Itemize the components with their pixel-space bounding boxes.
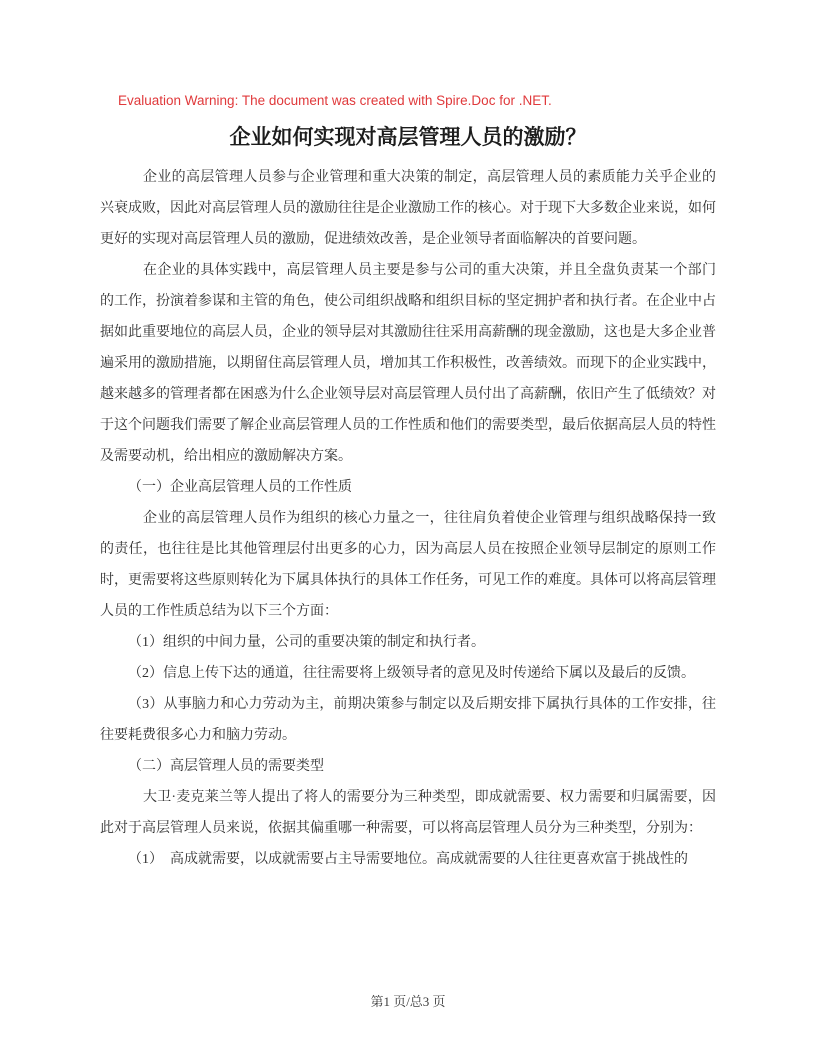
- list-item-3: （3）从事脑力和心力劳动为主，前期决策参与制定以及后期安排下属执行具体的工作安排…: [100, 689, 716, 751]
- page-number: 第1 页/总3 页: [0, 994, 816, 1010]
- paragraph-intro: 企业的高层管理人员参与企业管理和重大决策的制定，高层管理人员的素质能力关乎企业的…: [100, 162, 716, 255]
- paragraph-practice: 在企业的具体实践中，高层管理人员主要是参与公司的重大决策，并且全盘负责某一个部门…: [100, 255, 716, 472]
- page-content: Evaluation Warning: The document was cre…: [100, 0, 716, 875]
- document-page: Evaluation Warning: The document was cre…: [0, 0, 816, 1056]
- list-item-high-achievement: （1） 高成就需要，以成就需要占主导需要地位。高成就需要的人往往更喜欢富于挑战性…: [100, 844, 716, 875]
- section-heading-work-nature: （一）企业高层管理人员的工作性质: [100, 472, 716, 503]
- list-item-1: （1）组织的中间力量，公司的重要决策的制定和执行者。: [100, 627, 716, 658]
- list-item-2: （2）信息上传下达的通道，往往需要将上级领导者的意见及时传递给下属以及最后的反馈…: [100, 658, 716, 689]
- document-title: 企业如何实现对高层管理人员的激励？: [100, 123, 716, 151]
- section-heading-needs-types: （二）高层管理人员的需要类型: [100, 751, 716, 782]
- document-body: 企业的高层管理人员参与企业管理和重大决策的制定，高层管理人员的素质能力关乎企业的…: [100, 162, 716, 875]
- evaluation-warning: Evaluation Warning: The document was cre…: [100, 92, 716, 109]
- paragraph-work-nature: 企业的高层管理人员作为组织的核心力量之一，往往肩负着使企业管理与组织战略保持一致…: [100, 503, 716, 627]
- paragraph-needs-types: 大卫·麦克莱兰等人提出了将人的需要分为三种类型，即成就需要、权力需要和归属需要，…: [100, 782, 716, 844]
